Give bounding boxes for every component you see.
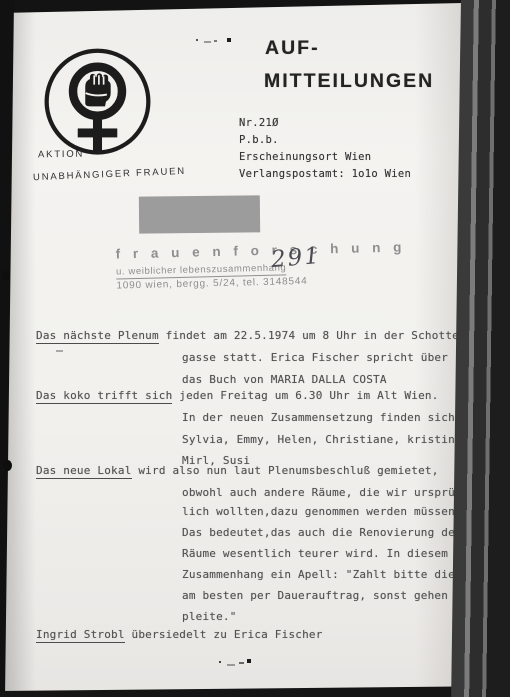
typed-line: Räume wesentlich teurer wird. In diesem (182, 547, 448, 560)
typed-line: das Buch von MARIA DALLA COSTA (182, 373, 387, 386)
handwritten-number: 291 (270, 243, 322, 273)
underlined-lead: Das neue Lokal (36, 464, 132, 479)
underlined-lead: Das koko trifft sich (36, 389, 172, 404)
typed-line: Das koko trifft sich jeden Freitag um 6.… (36, 389, 439, 402)
redaction-box (139, 195, 260, 233)
underlined-lead: Ingrid Strobl (36, 628, 125, 643)
typed-line: In der neuen Zusammensetzung finden sich… (182, 411, 462, 424)
scan-speck (204, 41, 211, 43)
scan-speck (227, 664, 235, 666)
typed-line: Das neue Lokal wird also nun laut Plenum… (36, 464, 439, 477)
scanned-newsletter-page: AKTION UNABHÄNGIGER FRAUEN AUF- MITTEILU… (0, 0, 510, 697)
scan-speck (56, 350, 63, 352)
newsletter-title-line1: AUF- (265, 37, 320, 60)
org-name-line1: AKTION (38, 149, 84, 161)
typed-line: am besten per Dauerauftrag, sonst gehen … (182, 589, 475, 602)
issue-post-office: Verlangspostamt: 1o1o Wien (239, 168, 411, 180)
typed-line: Ingrid Strobl übersiedelt zu Erica Fisch… (36, 628, 323, 641)
ink-blot (2, 271, 10, 281)
newsletter-title-line2: MITTEILUNGEN (264, 70, 434, 93)
issue-number: Nr.21Ø (239, 117, 279, 129)
scan-speck (219, 661, 221, 663)
scan-speck (214, 40, 217, 42)
frauenforschung-stamp: f r a u e n f o r s c h u n g u. weiblic… (115, 239, 406, 291)
typed-line: Das bedeutet,das auch die Renovierung de… (182, 526, 462, 539)
typed-line: Sylvia, Emmy, Helen, Christiane, kristin… (182, 433, 462, 446)
scan-speck (196, 39, 198, 41)
scan-speck (227, 38, 231, 42)
typed-line: gasse statt. Erica Fischer spricht über (182, 351, 448, 364)
typed-line: Das nächste Plenum findet am 22.5.1974 u… (36, 329, 473, 342)
scan-speck (239, 662, 244, 664)
issue-pbb: P.b.b. (239, 134, 279, 146)
typed-line: obwohl auch andere Räume, die wir ursprü… (182, 486, 475, 499)
scan-speck (247, 659, 251, 663)
scan-edge-right-binder (451, 0, 510, 697)
issue-place: Erscheinungsort Wien (239, 151, 371, 163)
underlined-lead: Das nächste Plenum (36, 329, 159, 344)
ink-blot (3, 460, 12, 471)
typed-line: pleite." (182, 610, 237, 623)
typed-line: lich wollten,dazu genommen werden müssen… (182, 505, 462, 518)
